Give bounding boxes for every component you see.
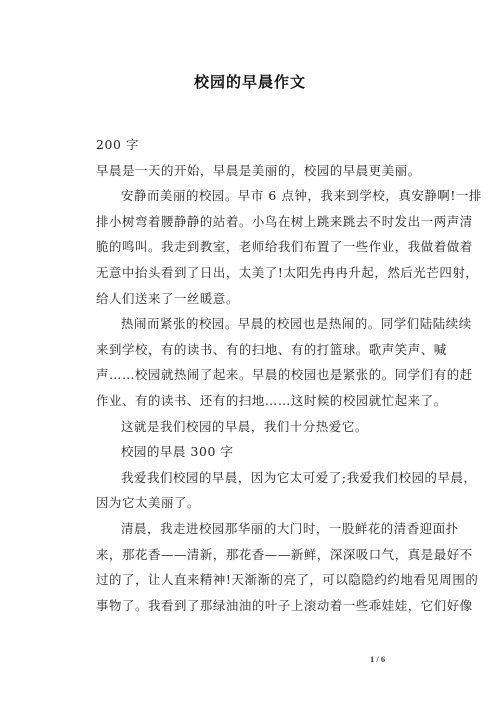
paragraph-line: 因为它太美丽了。 <box>96 490 414 516</box>
paragraph-line: 200 字 <box>96 132 414 158</box>
paragraph-line: 早晨是一天的开始，早晨是美丽的，校园的早晨更美丽。 <box>96 158 414 184</box>
paragraph-line: 给人们送来了一丝暖意。 <box>96 286 414 312</box>
paragraph-line: 事物了。我看到了那绿油油的叶子上滚动着一些乖娃娃，它们好像 <box>96 593 414 619</box>
document-title: 校园的早晨作文 <box>0 71 500 92</box>
paragraph-line: 来到学校，有的读书、有的扫地、有的打篮球。歌声笑声、喊 <box>96 337 414 363</box>
paragraph-line: 清晨，我走进校园那华丽的大门时，一股鲜花的清香迎面扑 <box>96 516 414 542</box>
paragraph-line: 安静而美丽的校园。早市 6 点钟，我来到学校，真安静啊!一排 <box>96 183 414 209</box>
document-body: 200 字 早晨是一天的开始，早晨是美丽的，校园的早晨更美丽。 安静而美丽的校园… <box>96 132 414 618</box>
paragraph-line: 这就是我们校园的早晨，我们十分热爱它。 <box>96 414 414 440</box>
paragraph-line: 热闹而紧张的校园。早晨的校园也是热闹的。同学们陆陆续续 <box>96 311 414 337</box>
paragraph-line: 排小树弯着腰静静的站着。小鸟在树上跳来跳去不时发出一两声清 <box>96 209 414 235</box>
paragraph-line: 我爱我们校园的早晨，因为它太可爱了;我爱我们校园的早晨， <box>96 465 414 491</box>
page-number: 1 / 6 <box>370 654 385 664</box>
paragraph-line: 无意中抬头看到了日出，太美了!太阳先冉冉升起，然后光芒四射， <box>96 260 414 286</box>
paragraph-line: 作业、有的读书、还有的扫地……这时候的校园就忙起来了。 <box>96 388 414 414</box>
document-page: 校园的早晨作文 200 字 早晨是一天的开始，早晨是美丽的，校园的早晨更美丽。 … <box>0 0 500 707</box>
paragraph-line: 声……校园就热闹了起来。早晨的校园也是紧张的。同学们有的赶 <box>96 362 414 388</box>
paragraph-line: 脆的鸣叫。我走到教室，老师给我们布置了一些作业，我做着做着 <box>96 234 414 260</box>
paragraph-line: 过的了，让人直来精神!天渐渐的亮了，可以隐隐约约地看见周围的 <box>96 567 414 593</box>
section-heading: 校园的早晨 300 字 <box>96 439 414 465</box>
paragraph-line: 来，那花香——清新，那花香——新鲜，深深吸口气，真是最好不 <box>96 542 414 568</box>
